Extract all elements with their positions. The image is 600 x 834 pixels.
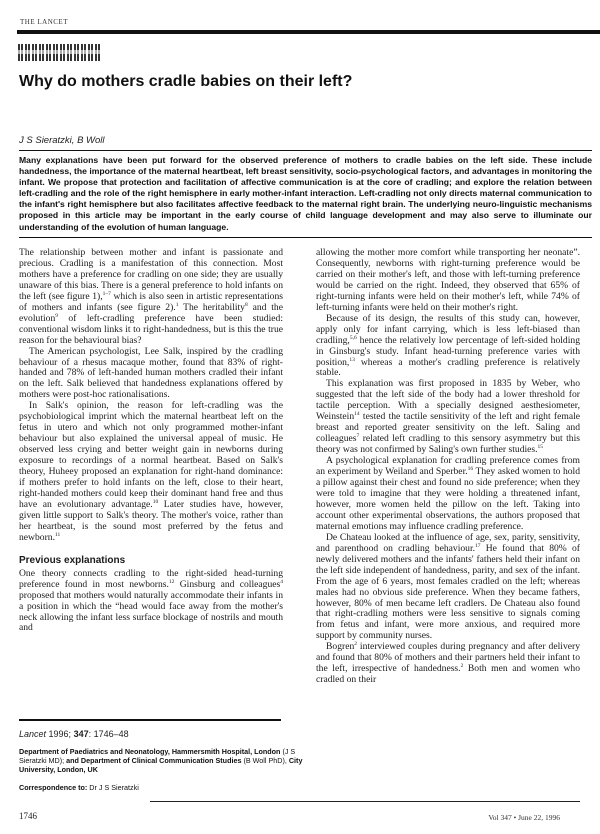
body-paragraph: allowing the mother more comfort while t… xyxy=(316,248,580,314)
running-head: THE LANCET xyxy=(20,18,68,26)
abstract-bottom-rule xyxy=(19,237,592,238)
body-paragraph: This explanation was first proposed in 1… xyxy=(316,379,580,456)
bottom-rule xyxy=(150,801,580,802)
body-paragraph: The relationship between mother and infa… xyxy=(19,248,283,347)
article-title: Why do mothers cradle babies on their le… xyxy=(19,73,352,91)
section-heading: Previous explanations xyxy=(19,556,283,567)
body-paragraph: De Chateau looked at the influence of ag… xyxy=(316,533,580,643)
abstract: Many explanations have been put forward … xyxy=(19,155,592,233)
citation: Lancet 1996; 347: 1746–48 xyxy=(19,729,129,739)
top-rule xyxy=(17,30,600,34)
issue-info: Vol 347 • June 22, 1996 xyxy=(488,813,560,822)
abstract-top-rule xyxy=(19,150,592,151)
body-paragraph: The American psychologist, Lee Salk, ins… xyxy=(19,347,283,402)
body-paragraph: Because of its design, the results of th… xyxy=(316,314,580,380)
body-paragraph: One theory connects cradling to the righ… xyxy=(19,569,283,635)
affiliations: Department of Paediatrics and Neonatolog… xyxy=(19,747,309,775)
right-column: allowing the mother more comfort while t… xyxy=(316,248,580,686)
section-logo xyxy=(18,44,102,61)
body-paragraph: A psychological explanation for cradling… xyxy=(316,456,580,533)
left-column: The relationship between mother and infa… xyxy=(19,248,283,634)
footnote-rule xyxy=(19,719,281,721)
body-paragraph: In Salk's opinion, the reason for left-c… xyxy=(19,401,283,543)
correspondence: Correspondence to: Dr J S Sieratzki xyxy=(19,783,139,792)
body-paragraph: Bogren2 interviewed couples during pregn… xyxy=(316,642,580,686)
page-number: 1746 xyxy=(19,811,37,821)
author-line: J S Sieratzki, B Woll xyxy=(19,135,105,146)
